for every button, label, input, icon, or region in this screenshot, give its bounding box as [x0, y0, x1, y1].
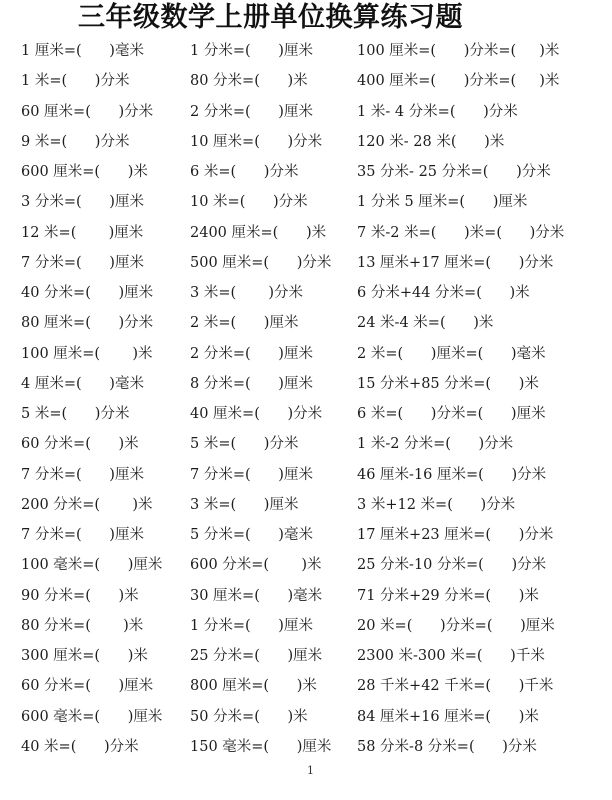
exercise-row: 100 毫米=( )厘米600 分米=( )米25 分米-10 分米=( )分米	[0, 551, 612, 581]
exercise-item: 6 米=( )分米	[190, 162, 298, 182]
exercise-item: 40 分米=( )厘米	[21, 283, 153, 303]
exercise-row: 90 分米=( )米30 厘米=( )毫米71 分米+29 分米=( )米	[0, 582, 612, 612]
exercise-item: 10 厘米=( )分米	[190, 132, 322, 152]
exercise-row: 1 厘米=( )毫米1 分米=( )厘米100 厘米=( )分米=( )米	[0, 37, 612, 67]
exercise-item: 1 米-2 分米=( )分米	[357, 434, 513, 454]
exercise-item: 7 分米=( )厘米	[21, 525, 144, 545]
exercise-row: 300 厘米=( )米25 分米=( )厘米2300 米-300 米=( )千米	[0, 642, 612, 672]
exercise-row: 600 毫米=( )厘米50 分米=( )米84 厘米+16 厘米=( )米	[0, 703, 612, 733]
exercise-item: 3 米=( )分米	[190, 283, 303, 303]
exercise-item: 1 分米=( )厘米	[190, 41, 313, 61]
exercise-item: 5 分米=( )毫米	[190, 525, 313, 545]
exercise-item: 1 厘米=( )毫米	[21, 41, 144, 61]
exercise-item: 6 米=( )分米=( )厘米	[357, 404, 546, 424]
exercise-item: 2 分米=( )厘米	[190, 102, 313, 122]
exercise-item: 500 厘米=( )分米	[190, 253, 331, 273]
exercise-item: 80 厘米=( )分米	[21, 313, 153, 333]
worksheet-title: 三年级数学上册单位换算练习题	[0, 1, 612, 35]
exercise-item: 30 厘米=( )毫米	[190, 586, 322, 606]
exercise-item: 6 分米+44 分米=( )米	[357, 283, 530, 303]
exercise-item: 100 毫米=( )厘米	[21, 555, 162, 575]
exercise-item: 600 毫米=( )厘米	[21, 707, 162, 727]
exercise-item: 25 分米=( )厘米	[190, 646, 322, 666]
exercise-row: 100 厘米=( )米2 分米=( )厘米2 米=( )厘米=( )毫米	[0, 340, 612, 370]
exercise-item: 84 厘米+16 厘米=( )米	[357, 707, 539, 727]
exercise-item: 58 分米-8 分米=( )分米	[357, 737, 537, 757]
exercise-row: 5 米=( )分米40 厘米=( )分米6 米=( )分米=( )厘米	[0, 400, 612, 430]
exercise-item: 20 米=( )分米=( )厘米	[357, 616, 555, 636]
exercise-item: 9 米=( )分米	[21, 132, 129, 152]
exercise-row: 600 厘米=( )米6 米=( )分米35 分米- 25 分米=( )分米	[0, 158, 612, 188]
exercise-item: 15 分米+85 分米=( )米	[357, 374, 539, 394]
exercise-item: 1 米=( )分米	[21, 71, 129, 91]
exercise-item: 3 米+12 米=( )分米	[357, 495, 515, 515]
exercise-row: 1 米=( )分米80 分米=( )米400 厘米=( )分米=( )米	[0, 67, 612, 97]
exercise-row: 12 米=( )厘米2400 厘米=( )米7 米-2 米=( )米=( )分米	[0, 219, 612, 249]
exercise-item: 400 厘米=( )分米=( )米	[357, 71, 559, 91]
exercise-row: 40 分米=( )厘米3 米=( )分米6 分米+44 分米=( )米	[0, 279, 612, 309]
exercise-item: 17 厘米+23 厘米=( )分米	[357, 525, 553, 545]
exercise-item: 2 分米=( )厘米	[190, 344, 313, 364]
exercise-item: 3 米=( )厘米	[190, 495, 298, 515]
exercise-item: 60 分米=( )米	[21, 434, 139, 454]
exercise-row: 200 分米=( )米3 米=( )厘米3 米+12 米=( )分米	[0, 491, 612, 521]
exercise-item: 2400 厘米=( )米	[190, 223, 326, 243]
exercise-item: 80 分米=( )米	[190, 71, 308, 91]
exercise-item: 5 米=( )分米	[190, 434, 298, 454]
exercise-item: 200 分米=( )米	[21, 495, 153, 515]
exercise-item: 4 厘米=( )毫米	[21, 374, 144, 394]
exercise-item: 5 米=( )分米	[21, 404, 129, 424]
exercise-item: 12 米=( )厘米	[21, 223, 143, 243]
exercise-row: 9 米=( )分米10 厘米=( )分米120 米- 28 米( )米	[0, 128, 612, 158]
exercise-item: 28 千米+42 千米=( )千米	[357, 676, 553, 696]
exercise-item: 24 米-4 米=( )米	[357, 313, 493, 333]
exercise-item: 60 分米=( )厘米	[21, 676, 153, 696]
exercise-row: 60 分米=( )厘米800 厘米=( )米28 千米+42 千米=( )千米	[0, 672, 612, 702]
exercise-item: 60 厘米=( )分米	[21, 102, 153, 122]
exercise-item: 8 分米=( )厘米	[190, 374, 313, 394]
exercise-item: 100 厘米=( )米	[21, 344, 153, 364]
exercise-item: 800 厘米=( )米	[190, 676, 317, 696]
exercise-item: 1 分米=( )厘米	[190, 616, 313, 636]
exercise-row: 7 分米=( )厘米7 分米=( )厘米46 厘米-16 厘米=( )分米	[0, 461, 612, 491]
exercise-item: 35 分米- 25 分米=( )分米	[357, 162, 551, 182]
exercise-item: 50 分米=( )米	[190, 707, 308, 727]
exercise-item: 80 分米=( )米	[21, 616, 143, 636]
exercise-row: 80 厘米=( )分米2 米=( )厘米24 米-4 米=( )米	[0, 309, 612, 339]
exercise-item: 120 米- 28 米( )米	[357, 132, 504, 152]
exercise-item: 7 分米=( )厘米	[21, 253, 144, 273]
exercise-row: 40 米=( )分米150 毫米=( )厘米58 分米-8 分米=( )分米	[0, 733, 612, 763]
exercise-item: 13 厘米+17 厘米=( )分米	[357, 253, 553, 273]
exercise-item: 3 分米=( )厘米	[21, 192, 144, 212]
exercise-item: 1 米- 4 分米=( )分米	[357, 102, 518, 122]
exercise-item: 25 分米-10 分米=( )分米	[357, 555, 546, 575]
exercise-item: 600 分米=( )米	[190, 555, 322, 575]
exercise-item: 7 分米=( )厘米	[21, 465, 144, 485]
exercise-row: 3 分米=( )厘米10 米=( )分米1 分米 5 厘米=( )厘米	[0, 188, 612, 218]
exercise-row: 60 分米=( )米5 米=( )分米1 米-2 分米=( )分米	[0, 430, 612, 460]
exercise-item: 7 分米=( )厘米	[190, 465, 313, 485]
exercise-item: 40 米=( )分米	[21, 737, 139, 757]
exercise-row: 80 分米=( )米1 分米=( )厘米20 米=( )分米=( )厘米	[0, 612, 612, 642]
exercise-item: 100 厘米=( )分米=( )米	[357, 41, 559, 61]
exercise-row: 4 厘米=( )毫米8 分米=( )厘米15 分米+85 分米=( )米	[0, 370, 612, 400]
exercise-row: 60 厘米=( )分米2 分米=( )厘米1 米- 4 分米=( )分米	[0, 98, 612, 128]
exercise-item: 2 米=( )厘米=( )毫米	[357, 344, 546, 364]
exercise-item: 90 分米=( )米	[21, 586, 139, 606]
exercise-row: 7 分米=( )厘米5 分米=( )毫米17 厘米+23 厘米=( )分米	[0, 521, 612, 551]
exercise-item: 71 分米+29 分米=( )米	[357, 586, 539, 606]
exercise-item: 40 厘米=( )分米	[190, 404, 322, 424]
exercise-row: 7 分米=( )厘米500 厘米=( )分米13 厘米+17 厘米=( )分米	[0, 249, 612, 279]
exercise-item: 150 毫米=( )厘米	[190, 737, 331, 757]
exercise-item: 300 厘米=( )米	[21, 646, 148, 666]
exercise-item: 2 米=( )厘米	[190, 313, 298, 333]
page-number: 1	[307, 764, 314, 777]
exercise-item: 1 分米 5 厘米=( )厘米	[357, 192, 527, 212]
exercise-item: 46 厘米-16 厘米=( )分米	[357, 465, 546, 485]
exercise-item: 2300 米-300 米=( )千米	[357, 646, 545, 666]
exercise-item: 10 米=( )分米	[190, 192, 308, 212]
exercise-list: 1 厘米=( )毫米1 分米=( )厘米100 厘米=( )分米=( )米1 米…	[0, 37, 612, 763]
exercise-item: 7 米-2 米=( )米=( )分米	[357, 223, 564, 243]
exercise-item: 600 厘米=( )米	[21, 162, 148, 182]
